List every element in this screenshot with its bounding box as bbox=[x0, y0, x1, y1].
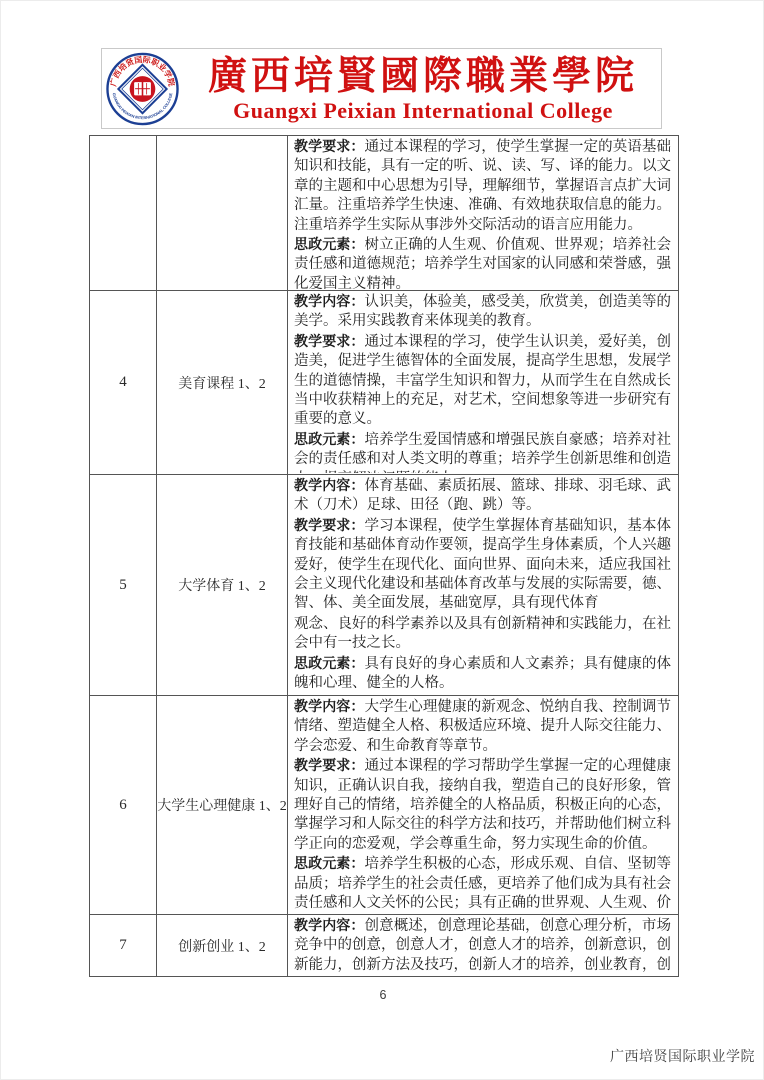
paragraph-label: 教学内容： bbox=[294, 698, 365, 714]
table-row: 5 大学体育 1、2 教学内容：体育基础、素质拓展、篮球、排球、羽毛球、武术（刀… bbox=[90, 475, 679, 696]
paragraph: 教学要求：通过本课程的学习，使学生掌握一定的英语基础知识和技能，具有一定的听、说… bbox=[294, 137, 671, 235]
paragraph: 教学要求：通过本课程的学习帮助学生掌握一定的心理健康知识，正确认识自我，接纳自我… bbox=[294, 756, 671, 854]
course-name-cell: 大学生心理健康 1、2 bbox=[157, 696, 288, 915]
course-name-cell bbox=[157, 136, 288, 291]
paragraph: 教学内容：认识美，体验美，感受美，欣赏美，创造美等的美学。采用实践教育来体现美的… bbox=[294, 292, 671, 332]
paragraph: 教学内容：创意概述，创意理论基础，创意心理分析，市场竞争中的创意，创意人才，创意… bbox=[294, 916, 671, 975]
page-number: 6 bbox=[1, 988, 764, 1002]
description-content: 教学内容：认识美，体验美，感受美，欣赏美，创造美等的美学。采用实践教育来体现美的… bbox=[294, 292, 671, 473]
paragraph: 教学内容：体育基础、素质拓展、篮球、排球、羽毛球、武术（刀术）足球、田径（跑、跳… bbox=[294, 476, 671, 516]
table-row: 教学要求：通过本课程的学习，使学生掌握一定的英语基础知识和技能，具有一定的听、说… bbox=[90, 136, 679, 291]
paragraph-label: 教学内容： bbox=[294, 477, 365, 493]
row-number-cell bbox=[90, 136, 157, 291]
paragraph: 教学要求：通过本课程的学习，使学生认识美，爱好美，创造美，促进学生德智体的全面发… bbox=[294, 332, 671, 430]
course-description-cell: 教学内容：体育基础、素质拓展、篮球、排球、羽毛球、武术（刀术）足球、田径（跑、跳… bbox=[288, 475, 679, 696]
table-row: 4 美育课程 1、2 教学内容：认识美，体验美，感受美，欣赏美，创造美等的美学。… bbox=[90, 291, 679, 475]
college-title-chinese: 廣西培賢國際職業學院 bbox=[208, 55, 638, 99]
paragraph: 思政元素：具有良好的身心素质和人文素养；具有健康的体魄和心理、健全的人格。 bbox=[294, 654, 671, 694]
paragraph-text: 观念、良好的科学素养以及具有创新精神和实践能力，在社会中有一技之长。 bbox=[294, 616, 671, 651]
course-description-cell: 教学内容：认识美，体验美，感受美，欣赏美，创造美等的美学。采用实践教育来体现美的… bbox=[288, 291, 679, 475]
course-name-cell: 美育课程 1、2 bbox=[157, 291, 288, 475]
course-description-cell: 教学内容：创意概述，创意理论基础，创意心理分析，市场竞争中的创意，创意人才，创意… bbox=[288, 915, 679, 977]
paragraph: 思政元素：树立正确的人生观、价值观、世界观；培养社会责任感和道德规范；培养学生对… bbox=[294, 235, 671, 289]
paragraph: 教学要求：学习本课程，使学生掌握体育基础知识，基本体育技能和基础体育动作要领，提… bbox=[294, 516, 671, 614]
description-content: 教学内容：大学生心理健康的新观念、悦纳自我、控制调节情绪、塑造健全人格、积极适应… bbox=[294, 697, 671, 913]
college-logo-icon: 广西培贤国际职业学院 GUANGXI PEIXIAN INTERNATIONAL… bbox=[105, 51, 180, 127]
paragraph-label: 思政元素： bbox=[294, 655, 365, 671]
paragraph: 观念、良好的科学素养以及具有创新精神和实践能力，在社会中有一技之长。 bbox=[294, 614, 671, 654]
college-title-english: Guangxi Peixian International College bbox=[233, 99, 613, 123]
table-row: 7 创新创业 1、2 教学内容：创意概述，创意理论基础，创意心理分析，市场竞争中… bbox=[90, 915, 679, 977]
paragraph-label: 教学要求： bbox=[294, 757, 365, 773]
paragraph-label: 教学内容： bbox=[294, 293, 365, 309]
course-name-cell: 创新创业 1、2 bbox=[157, 915, 288, 977]
table-row: 6 大学生心理健康 1、2 教学内容：大学生心理健康的新观念、悦纳自我、控制调节… bbox=[90, 696, 679, 915]
course-description-cell: 教学内容：大学生心理健康的新观念、悦纳自我、控制调节情绪、塑造健全人格、积极适应… bbox=[288, 696, 679, 915]
description-content: 教学要求：通过本课程的学习，使学生掌握一定的英语基础知识和技能，具有一定的听、说… bbox=[294, 137, 671, 289]
paragraph-label: 教学要求： bbox=[294, 138, 365, 154]
footer-watermark: 广西培贤国际职业学院 bbox=[610, 1046, 755, 1066]
course-syllabus-table: 教学要求：通过本课程的学习，使学生掌握一定的英语基础知识和技能，具有一定的听、说… bbox=[89, 135, 679, 977]
college-header: 广西培贤国际职业学院 GUANGXI PEIXIAN INTERNATIONAL… bbox=[101, 48, 662, 129]
paragraph: 思政元素：培养学生积极的心态，形成乐观、自信、坚韧等品质；培养学生的社会责任感，… bbox=[294, 854, 671, 913]
paragraph: 思政元素：培养学生爱国情感和增强民族自豪感；培养对社会的责任感和对人类文明的尊重… bbox=[294, 430, 671, 473]
document-page: { "header": { "accent_color": "#d01111",… bbox=[0, 0, 764, 1080]
row-number-cell: 4 bbox=[90, 291, 157, 475]
row-number-cell: 7 bbox=[90, 915, 157, 977]
row-number-cell: 5 bbox=[90, 475, 157, 696]
row-number-cell: 6 bbox=[90, 696, 157, 915]
paragraph-label: 思政元素： bbox=[294, 855, 365, 871]
paragraph-label: 思政元素： bbox=[294, 236, 365, 252]
paragraph-label: 思政元素： bbox=[294, 431, 365, 447]
college-title-block: 廣西培賢國際職業學院 Guangxi Peixian International… bbox=[190, 49, 656, 128]
paragraph-label: 教学要求： bbox=[294, 517, 365, 533]
paragraph: 教学内容：大学生心理健康的新观念、悦纳自我、控制调节情绪、塑造健全人格、积极适应… bbox=[294, 697, 671, 756]
description-content: 教学内容：体育基础、素质拓展、篮球、排球、羽毛球、武术（刀术）足球、田径（跑、跳… bbox=[294, 476, 671, 694]
paragraph-label: 教学要求： bbox=[294, 333, 365, 349]
course-name-cell: 大学体育 1、2 bbox=[157, 475, 288, 696]
description-content: 教学内容：创意概述，创意理论基础，创意心理分析，市场竞争中的创意，创意人才，创意… bbox=[294, 916, 671, 975]
course-description-cell: 教学要求：通过本课程的学习，使学生掌握一定的英语基础知识和技能，具有一定的听、说… bbox=[288, 136, 679, 291]
paragraph-label: 教学内容： bbox=[294, 917, 365, 933]
